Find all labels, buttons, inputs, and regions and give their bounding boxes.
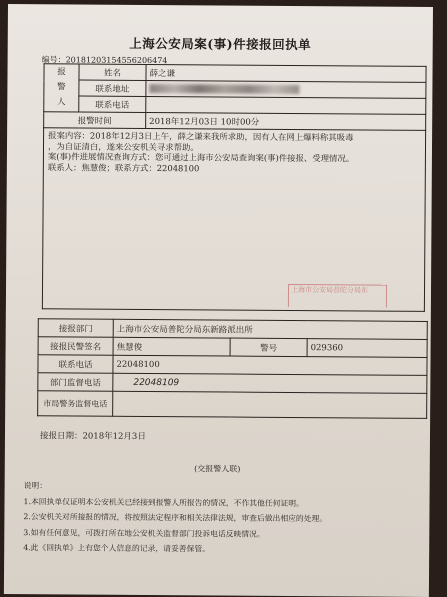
reporter-char-3: 人 — [47, 95, 75, 110]
reporter-table: 报 警 人 姓名 薛之谦 联系地址 联系电话 报警时间 2018年12月03日 … — [43, 63, 426, 131]
receipt-paper: 上海公安局案(事)件接报回执单 编号：20181203154556206474 … — [4, 4, 433, 582]
reporter-char-2: 警 — [47, 80, 75, 95]
note-item: 2.公安机关对所接报的情况，将按照法定程序和相关法律法规，审查后做出相应的处理。 — [23, 509, 327, 527]
dept-value: 上海市公安局普陀分局东新路派出所 — [113, 319, 427, 339]
reporter-char-1: 报 — [47, 65, 75, 80]
contact-phone-value: 22048100 — [113, 355, 427, 375]
address-value — [146, 80, 426, 98]
notes-section: 说明： 1.本回执单仅证明本公安机关已经接到报警人所报告的情况，不作其他任何证明… — [23, 478, 327, 558]
address-label: 联系地址 — [79, 80, 146, 96]
supervise-phone-value: 22048109 — [113, 373, 427, 393]
content-line: 联系人：焦慧俊；联系方式：22048100 — [48, 162, 421, 175]
dept-label: 接报部门 — [38, 319, 113, 338]
supervise-phone-label: 部门监督电话 — [38, 373, 113, 392]
copy-label: (交报警人联) — [5, 462, 430, 476]
name-value: 薛之谦 — [146, 64, 426, 82]
city-supervise-label: 市局警务监督电话 — [38, 391, 113, 417]
officer-label: 接报民警签名 — [38, 337, 113, 356]
city-supervise-value — [113, 391, 427, 418]
official-stamp: 上海市公安局普陀分局东 — [288, 284, 387, 308]
reporter-group-label: 报 警 人 — [44, 64, 79, 112]
reporter-phone-label: 联系电话 — [79, 96, 146, 112]
officer-value: 焦慧俊 — [113, 337, 230, 356]
document-title: 上海公安局案(事)件接报回执单 — [8, 33, 433, 54]
note-item: 4.此《回执单》上有您个人信息的记录，请妥善保管。 — [23, 540, 327, 558]
contact-phone-label: 联系电话 — [38, 355, 113, 374]
receive-date: 接报日期：2018年12月3日 — [40, 429, 146, 442]
receipt-table: 接报部门 上海市公安局普陀分局东新路派出所 接报民警签名 焦慧俊 警号 0293… — [37, 318, 428, 419]
badge-value: 029360 — [307, 339, 427, 358]
reporter-phone-value — [146, 96, 426, 114]
name-label: 姓名 — [79, 64, 146, 80]
report-time-label: 报警时间 — [44, 112, 146, 129]
badge-label: 警号 — [230, 338, 307, 357]
blurred-address — [149, 83, 299, 93]
